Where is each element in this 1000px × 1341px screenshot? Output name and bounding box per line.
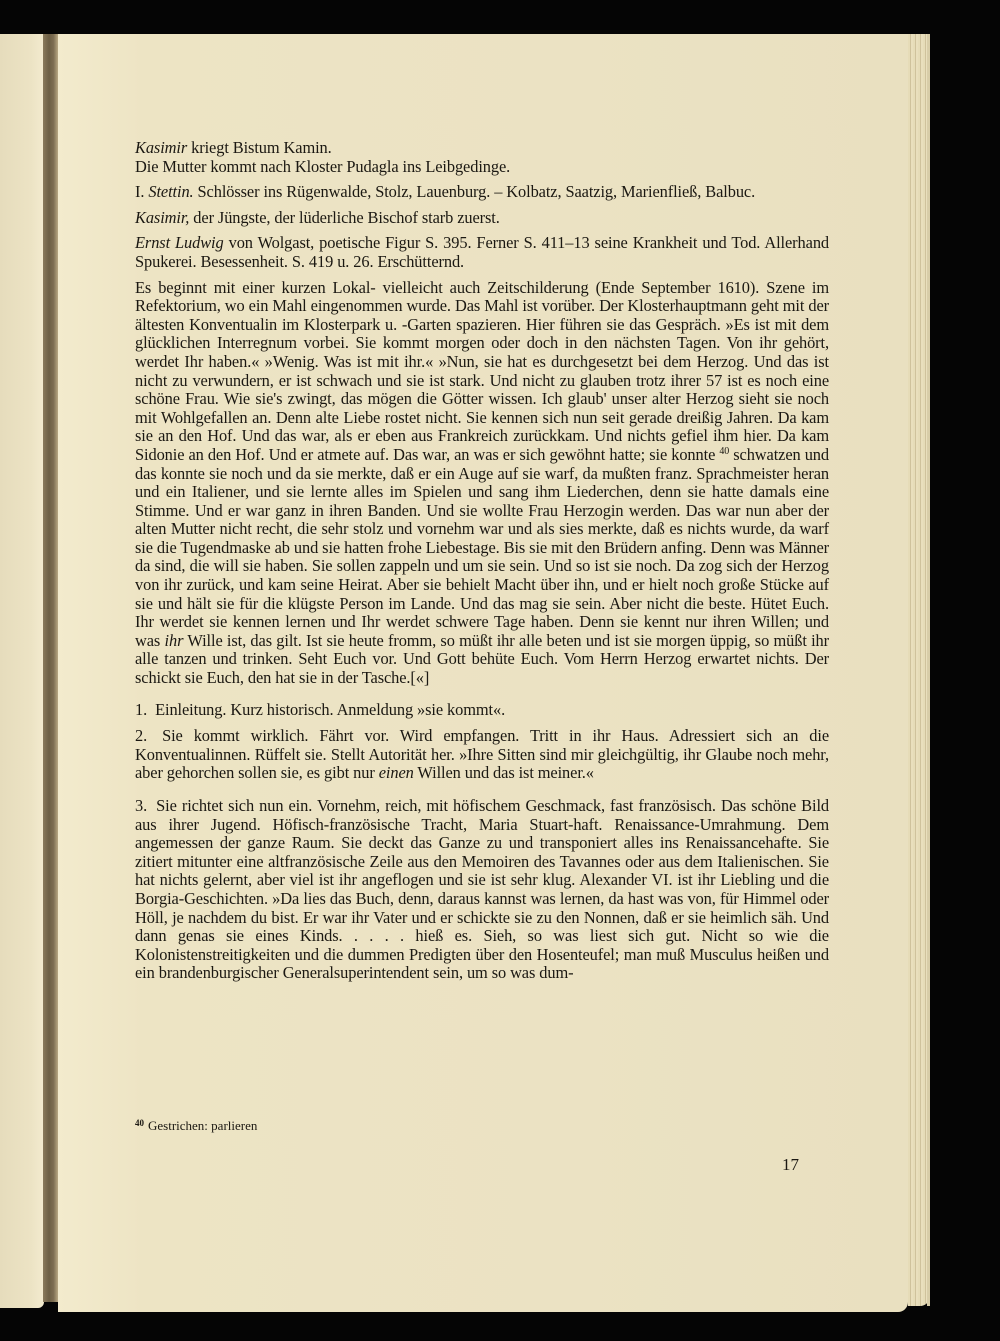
- footnote: 40Gestrichen: parlieren: [135, 1118, 257, 1134]
- note-kasimir-bischof: Kasimir, der Jüngste, der lüderliche Bis…: [135, 209, 829, 228]
- page-number: 17: [782, 1155, 799, 1175]
- book-gutter: [43, 34, 58, 1302]
- name-ernst-ludwig: Ernst Ludwig: [135, 233, 224, 252]
- item-number: 3.: [135, 796, 147, 815]
- note-ernst-ludwig: Ernst Ludwig von Wolgast, poetische Figu…: [135, 234, 829, 271]
- place-stettin: Stettin.: [148, 182, 193, 201]
- footnote-text: Gestrichen: parlieren: [148, 1118, 257, 1133]
- footnote-mark: 40: [135, 1118, 144, 1128]
- name-kasimir-2: Kasimir,: [135, 208, 189, 227]
- left-page-edge: [0, 34, 44, 1308]
- numbered-item-3: 3. Sie richtet sich nun ein. Vornehm, re…: [135, 797, 829, 983]
- note-stettin: I. Stettin. Schlösser ins Rügenwalde, St…: [135, 183, 829, 202]
- page-edge-stack: [908, 34, 930, 1306]
- item-number: 1.: [135, 700, 147, 719]
- footnote-reference[interactable]: 40: [719, 446, 729, 457]
- note-kasimir-bistum: Kasimir kriegt Bistum Kamin. Die Mutter …: [135, 139, 829, 176]
- numbered-item-2: 2. Sie kommt wirklich. Fährt vor. Wird e…: [135, 727, 829, 783]
- numbered-item-1: 1. Einleitung. Kurz historisch. Anmeldun…: [135, 701, 829, 720]
- main-paragraph: Es beginnt mit einer kurzen Lokal- viell…: [135, 279, 829, 688]
- note-mutter: Die Mutter kommt nach Kloster Pudagla in…: [135, 157, 510, 176]
- item-number: 2.: [135, 726, 147, 745]
- name-kasimir: Kasimir: [135, 138, 187, 157]
- page-content: Kasimir kriegt Bistum Kamin. Die Mutter …: [135, 139, 829, 991]
